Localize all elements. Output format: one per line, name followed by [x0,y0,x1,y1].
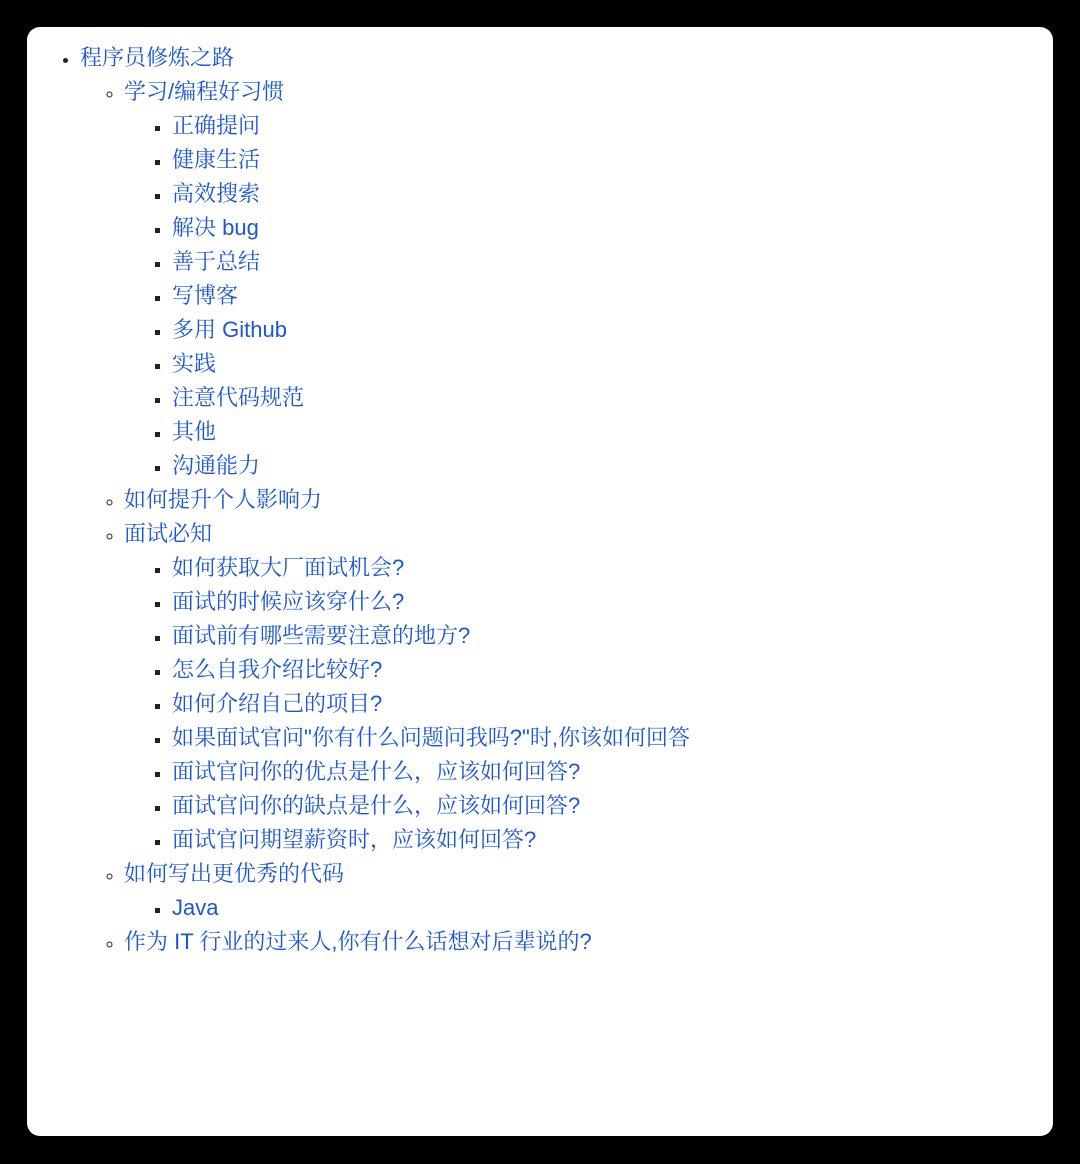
outline-item: 写博客 [172,283,1053,309]
outline-link[interactable]: 面试必知 [124,521,212,546]
outline-link[interactable]: 写博客 [172,283,238,308]
outline-sublist: 正确提问 健康生活 高效搜索 解决 bug 善于总结 写博客 多用 Github… [124,113,1053,479]
outline-item: 怎么自我介绍比较好? [172,657,1053,683]
outline-link[interactable]: 注意代码规范 [172,385,304,410]
outline-link[interactable]: 其他 [172,419,216,444]
outline-link[interactable]: 善于总结 [172,249,260,274]
outline-item: Java [172,895,1053,921]
outline-item: 面试必知 如何获取大厂面试机会? 面试的时候应该穿什么? 面试前有哪些需要注意的… [124,521,1053,853]
outline-link[interactable]: 如何写出更优秀的代码 [124,861,344,886]
outline-item: 沟通能力 [172,453,1053,479]
outline-link[interactable]: 如何获取大厂面试机会? [172,555,404,580]
outline-link[interactable]: 多用 Github [172,317,287,342]
outline-item: 正确提问 [172,113,1053,139]
outline-item: 其他 [172,419,1053,445]
outline-link[interactable]: 面试官问期望薪资时，应该如何回答? [172,827,536,852]
outline-link[interactable]: 程序员修炼之路 [80,45,234,70]
outline-item: 多用 Github [172,317,1053,343]
outline-link[interactable]: 作为 IT 行业的过来人,你有什么话想对后辈说的? [124,929,592,954]
outline-item: 面试官问期望薪资时，应该如何回答? [172,827,1053,853]
outline-item: 实践 [172,351,1053,377]
outline-link[interactable]: 如何介绍自己的项目? [172,691,382,716]
outline-link[interactable]: 实践 [172,351,216,376]
outline-link[interactable]: 面试官问你的优点是什么，应该如何回答? [172,759,580,784]
outline-link[interactable]: 如何提升个人影响力 [124,487,322,512]
outline-item: 学习/编程好习惯 正确提问 健康生活 高效搜索 解决 bug 善于总结 写博客 … [124,79,1053,479]
outline-link[interactable]: 面试前有哪些需要注意的地方? [172,623,470,648]
outline-item: 面试官问你的缺点是什么，应该如何回答? [172,793,1053,819]
black-frame: 程序员修炼之路 学习/编程好习惯 正确提问 健康生活 高效搜索 解决 bug 善… [0,0,1080,1164]
outline-link[interactable]: 沟通能力 [172,453,260,478]
outline-item: 作为 IT 行业的过来人,你有什么话想对后辈说的? [124,929,1053,955]
outline-link[interactable]: 正确提问 [172,113,260,138]
outline-item: 解决 bug [172,215,1053,241]
outline-link[interactable]: 高效搜索 [172,181,260,206]
outline-list: 程序员修炼之路 学习/编程好习惯 正确提问 健康生活 高效搜索 解决 bug 善… [27,45,1053,955]
outline-link[interactable]: 学习/编程好习惯 [124,79,284,104]
outline-item: 高效搜索 [172,181,1053,207]
outline-item: 如何介绍自己的项目? [172,691,1053,717]
outline-sublist: 如何获取大厂面试机会? 面试的时候应该穿什么? 面试前有哪些需要注意的地方? 怎… [124,555,1053,853]
outline-item: 面试官问你的优点是什么，应该如何回答? [172,759,1053,785]
outline-item: 注意代码规范 [172,385,1053,411]
outline-item: 健康生活 [172,147,1053,173]
content-panel: 程序员修炼之路 学习/编程好习惯 正确提问 健康生活 高效搜索 解决 bug 善… [27,27,1053,1136]
outline-item: 程序员修炼之路 学习/编程好习惯 正确提问 健康生活 高效搜索 解决 bug 善… [80,45,1053,955]
outline-link[interactable]: 怎么自我介绍比较好? [172,657,382,682]
outline-link[interactable]: Java [172,895,218,920]
outline-item: 面试的时候应该穿什么? [172,589,1053,615]
outline-link[interactable]: 如果面试官问"你有什么问题问我吗?"时,你该如何回答 [172,725,690,750]
outline-sublist: 学习/编程好习惯 正确提问 健康生活 高效搜索 解决 bug 善于总结 写博客 … [80,79,1053,955]
outline-item: 如何写出更优秀的代码 Java [124,861,1053,921]
outline-item: 如何获取大厂面试机会? [172,555,1053,581]
outline-item: 面试前有哪些需要注意的地方? [172,623,1053,649]
outline-sublist: Java [124,895,1053,921]
outline-item: 善于总结 [172,249,1053,275]
outline-link[interactable]: 健康生活 [172,147,260,172]
outline-link[interactable]: 解决 bug [172,215,259,240]
outline-item: 如果面试官问"你有什么问题问我吗?"时,你该如何回答 [172,725,1053,751]
outline-link[interactable]: 面试的时候应该穿什么? [172,589,404,614]
outline-item: 如何提升个人影响力 [124,487,1053,513]
outline-link[interactable]: 面试官问你的缺点是什么，应该如何回答? [172,793,580,818]
